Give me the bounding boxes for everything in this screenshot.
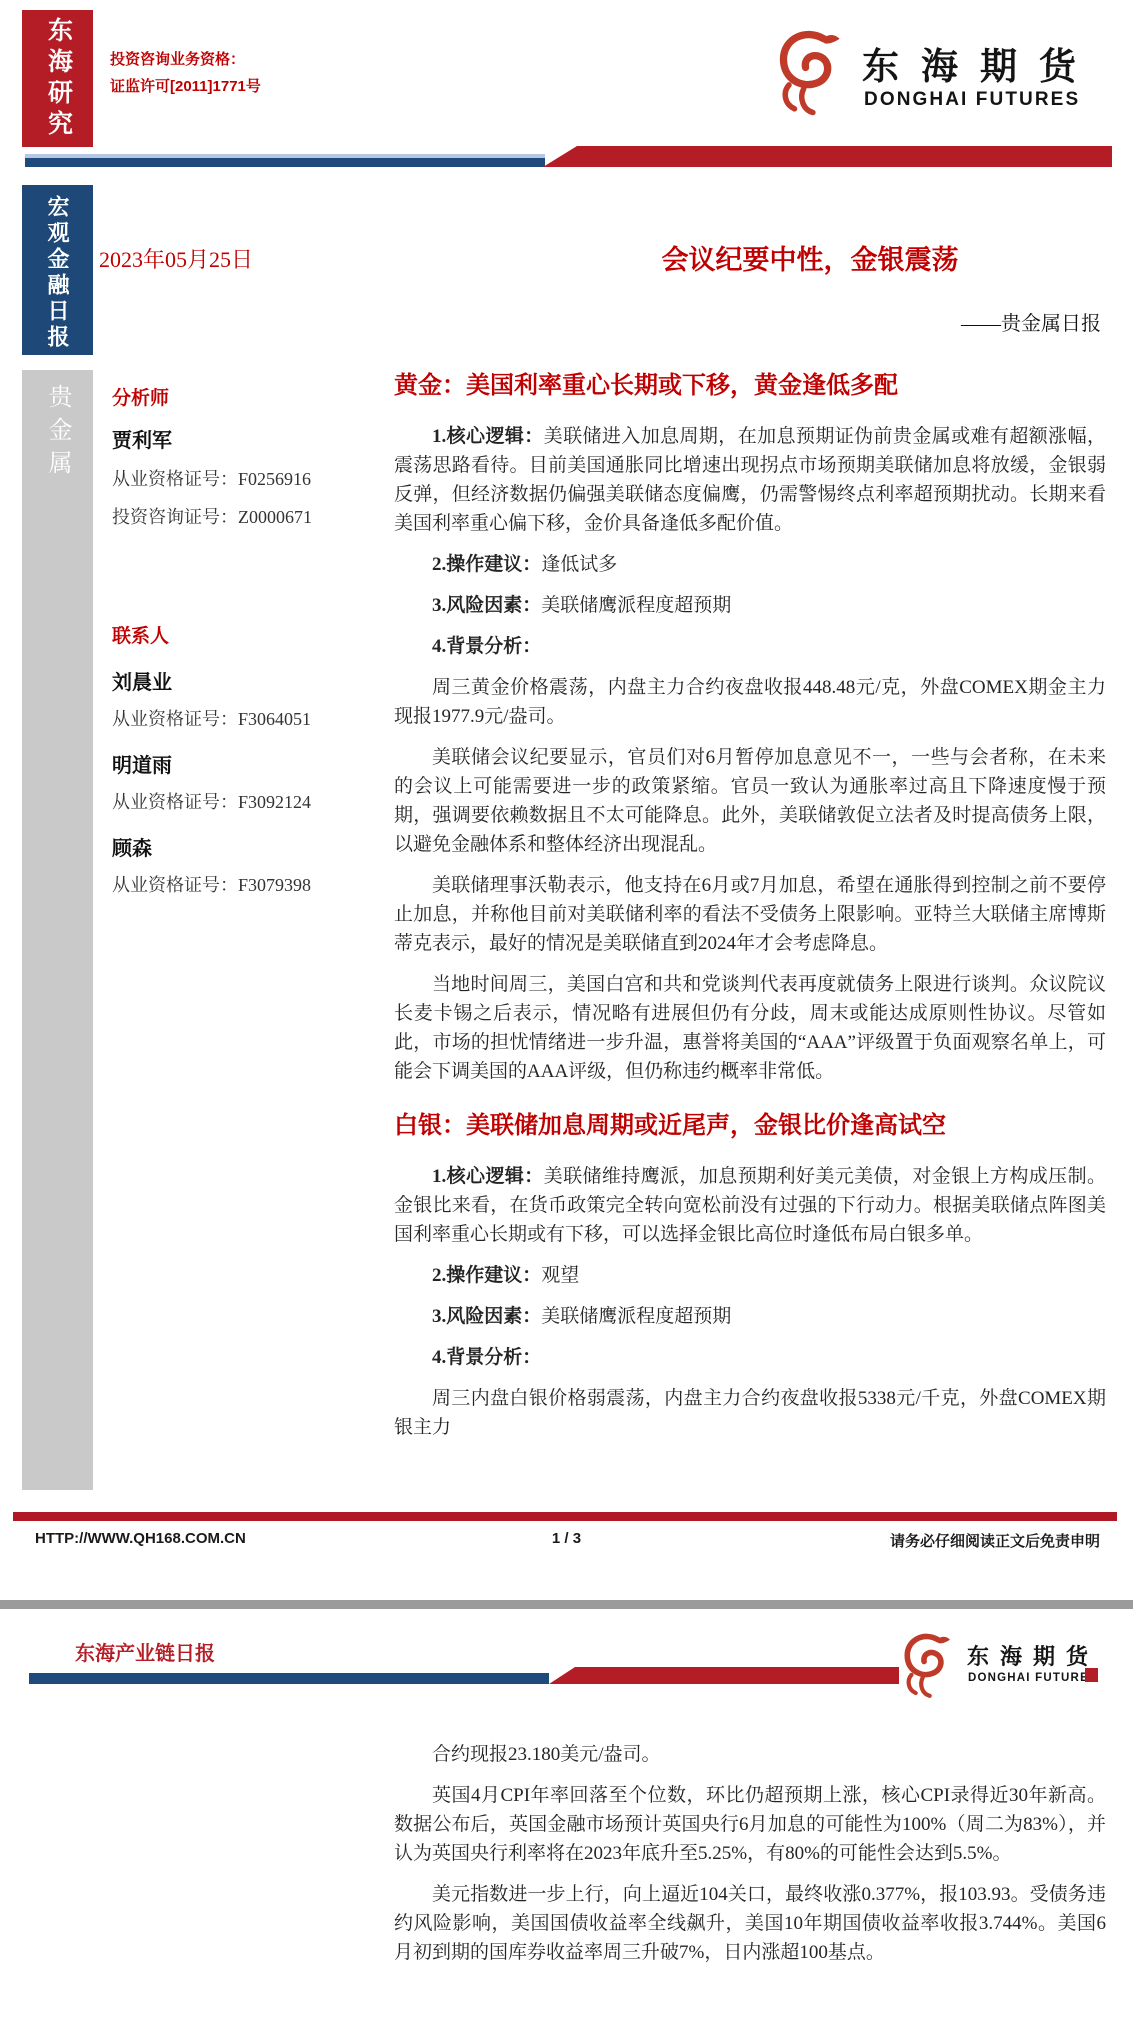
page2-paragraph: 合约现报23.180美元/盎司。 (394, 1740, 1106, 1769)
paragraph-text: 观望 (541, 1265, 579, 1286)
report-date: 2023年05月25日 (99, 243, 253, 274)
body-paragraph: 4.背景分析： (394, 1343, 1106, 1372)
license-line2: 证监许可[2011]1771号 (110, 73, 261, 100)
footer-bar (13, 1512, 1117, 1521)
paragraph-text: 美联储鹰派程度超预期 (541, 595, 731, 616)
paragraph-lead: 4.背景分析： (432, 1347, 541, 1368)
body-paragraph: 2.操作建议：逢低试多 (394, 550, 1106, 579)
contact-entry: 明道雨 从业资格证号：F3092124 (112, 749, 392, 814)
company-name-en: DONGHAI FUTURES (864, 89, 1080, 111)
page2-paragraph: 英国4月CPI年率回落至个位数，环比仍超预期上涨，核心CPI录得近30年新高。数… (394, 1781, 1106, 1868)
paragraph-text: 美联储理事沃勒表示，他支持在6月或7月加息，希望在通胀得到控制之前不要停止加息，… (394, 875, 1106, 954)
report-page: 东海研究 投资咨询业务资格： 证监许可[2011]1771号 东海期货 DONG… (0, 0, 1133, 2038)
report-subtitle: ——贵金属日报 (961, 307, 1101, 336)
contact-id: 从业资格证号：F3064051 (112, 705, 392, 731)
paragraph-lead: 1.核心逻辑： (432, 426, 544, 447)
paragraph-text: 当地时间周三，美国白宫和共和党谈判代表再度就债务上限进行谈判。众议院议长麦卡锡之… (394, 974, 1106, 1082)
sidebar-tab-macro-finance-daily: 宏观金融日报 (22, 185, 93, 355)
report-title: 会议纪要中性，金银震荡 (490, 238, 1130, 277)
contact-name: 明道雨 (112, 749, 392, 778)
main-sections: 黄金：美国利率重心长期或下移，黄金逢低多配 1.核心逻辑：美联储进入加息周期，在… (394, 370, 1106, 1454)
body-paragraph: 1.核心逻辑：美联储维持鹰派，加息预期利好美元美债，对金银上方构成压制。金银比来… (394, 1162, 1106, 1249)
section-body: 1.核心逻辑：美联储维持鹰派，加息预期利好美元美债，对金银上方构成压制。金银比来… (394, 1162, 1106, 1442)
section-heading: 白银：美联储加息周期或近尾声，金银比价逢高试空 (394, 1110, 1106, 1142)
logo-red-square (1085, 1668, 1098, 1682)
header-divider-red (543, 146, 1112, 167)
sidebar-tab-precious-label: 贵金属 (40, 384, 75, 1490)
contact-name: 刘晨业 (112, 666, 392, 695)
page2-company-logo: 东海期货 DONGHAI FUTURES (897, 1630, 1107, 1700)
footer-disclaimer-notice: 请务必仔细阅读正文后免责申明 (890, 1530, 1100, 1551)
section-body: 1.核心逻辑：美联储进入加息周期，在加息预期证伪前贵金属或难有超额涨幅，震荡思路… (394, 422, 1106, 1086)
license-text: 投资咨询业务资格： 证监许可[2011]1771号 (110, 46, 261, 100)
body-paragraph: 周三内盘白银价格弱震荡，内盘主力合约夜盘收报5338元/千克，外盘COMEX期银… (394, 1384, 1106, 1442)
paragraph-lead: 1.核心逻辑： (432, 1166, 544, 1187)
body-paragraph: 3.风险因素：美联储鹰派程度超预期 (394, 1302, 1106, 1331)
analyst-label: 分析师 (112, 383, 392, 410)
license-line1: 投资咨询业务资格： (110, 46, 261, 73)
paragraph-lead: 3.风险因素： (432, 1306, 541, 1327)
page2-divider-red (549, 1667, 899, 1684)
people-column: 分析师 贾利军 从业资格证号：F0256916 投资咨询证号：Z0000671 … (112, 383, 392, 897)
paragraph-lead: 4.背景分析： (432, 636, 541, 657)
brand-research-box: 东海研究 (22, 10, 93, 147)
body-paragraph: 美联储会议纪要显示，官员们对6月暂停加息意见不一，一些与会者称，在未来的会议上可… (394, 743, 1106, 859)
analyst-name: 贾利军 (112, 424, 392, 453)
body-paragraph: 2.操作建议：观望 (394, 1261, 1106, 1290)
body-paragraph: 3.风险因素：美联储鹰派程度超预期 (394, 591, 1106, 620)
paragraph-text: 逢低试多 (541, 554, 617, 575)
contact-id: 从业资格证号：F3079398 (112, 871, 392, 897)
page2-header-title: 东海产业链日报 (75, 1637, 215, 1666)
sidebar-tab-precious-metals: 贵金属 (22, 370, 93, 1490)
body-paragraph: 美联储理事沃勒表示，他支持在6月或7月加息，希望在通胀得到控制之前不要停止加息，… (394, 871, 1106, 958)
analyst-id2: 投资咨询证号：Z0000671 (112, 503, 392, 529)
company-name-cn: 东海期货 (862, 36, 1098, 90)
paragraph-text: 周三内盘白银价格弱震荡，内盘主力合约夜盘收报5338元/千克，外盘COMEX期银… (394, 1388, 1106, 1438)
sidebar-tab-macro-label: 宏观金融日报 (42, 195, 73, 355)
page2-body: 合约现报23.180美元/盎司。 英国4月CPI年率回落至个位数，环比仍超预期上… (394, 1740, 1106, 1979)
contact-entry: 刘晨业 从业资格证号：F3064051 (112, 666, 392, 731)
body-paragraph: 当地时间周三，美国白宫和共和党谈判代表再度就债务上限进行谈判。众议院议长麦卡锡之… (394, 970, 1106, 1086)
contact-label: 联系人 (112, 621, 392, 648)
paragraph-lead: 2.操作建议： (432, 1265, 541, 1286)
dragon-logo-icon (897, 1630, 961, 1700)
body-paragraph: 4.背景分析： (394, 632, 1106, 661)
page2-divider-blue (29, 1673, 549, 1684)
report-section: 白银：美联储加息周期或近尾声，金银比价逢高试空 1.核心逻辑：美联储维持鹰派，加… (394, 1110, 1106, 1442)
company-name-cn: 东海期货 (967, 1640, 1099, 1671)
paragraph-lead: 2.操作建议： (432, 554, 541, 575)
paragraph-text: 美联储鹰派程度超预期 (541, 1306, 731, 1327)
body-paragraph: 1.核心逻辑：美联储进入加息周期，在加息预期证伪前贵金属或难有超额涨幅，震荡思路… (394, 422, 1106, 538)
analyst-id1: 从业资格证号：F0256916 (112, 465, 392, 491)
section-heading: 黄金：美国利率重心长期或下移，黄金逢低多配 (394, 370, 1106, 402)
paragraph-lead: 3.风险因素： (432, 595, 541, 616)
contact-id: 从业资格证号：F3092124 (112, 788, 392, 814)
body-paragraph: 周三黄金价格震荡，内盘主力合约夜盘收报448.48元/克，外盘COMEX期金主力… (394, 673, 1106, 731)
company-logo: 东海期货 DONGHAI FUTURES (770, 26, 1115, 118)
page2-paragraph: 美元指数进一步上行，向上逼近104关口，最终收涨0.377%，报103.93。受… (394, 1880, 1106, 1967)
company-name-en: DONGHAI FUTURES (968, 1672, 1098, 1684)
dragon-logo-icon (770, 26, 854, 118)
page-separator-bar (0, 1600, 1133, 1609)
contact-name: 顾森 (112, 832, 392, 861)
header-divider-blue (25, 154, 545, 167)
paragraph-text: 周三黄金价格震荡，内盘主力合约夜盘收报448.48元/克，外盘COMEX期金主力… (394, 677, 1106, 727)
report-section: 黄金：美国利率重心长期或下移，黄金逢低多配 1.核心逻辑：美联储进入加息周期，在… (394, 370, 1106, 1086)
brand-research-label: 东海研究 (40, 17, 76, 141)
contact-entry: 顾森 从业资格证号：F3079398 (112, 832, 392, 897)
contact-list: 刘晨业 从业资格证号：F3064051 明道雨 从业资格证号：F3092124 … (112, 666, 392, 897)
paragraph-text: 美联储会议纪要显示，官员们对6月暂停加息意见不一，一些与会者称，在未来的会议上可… (394, 747, 1106, 855)
